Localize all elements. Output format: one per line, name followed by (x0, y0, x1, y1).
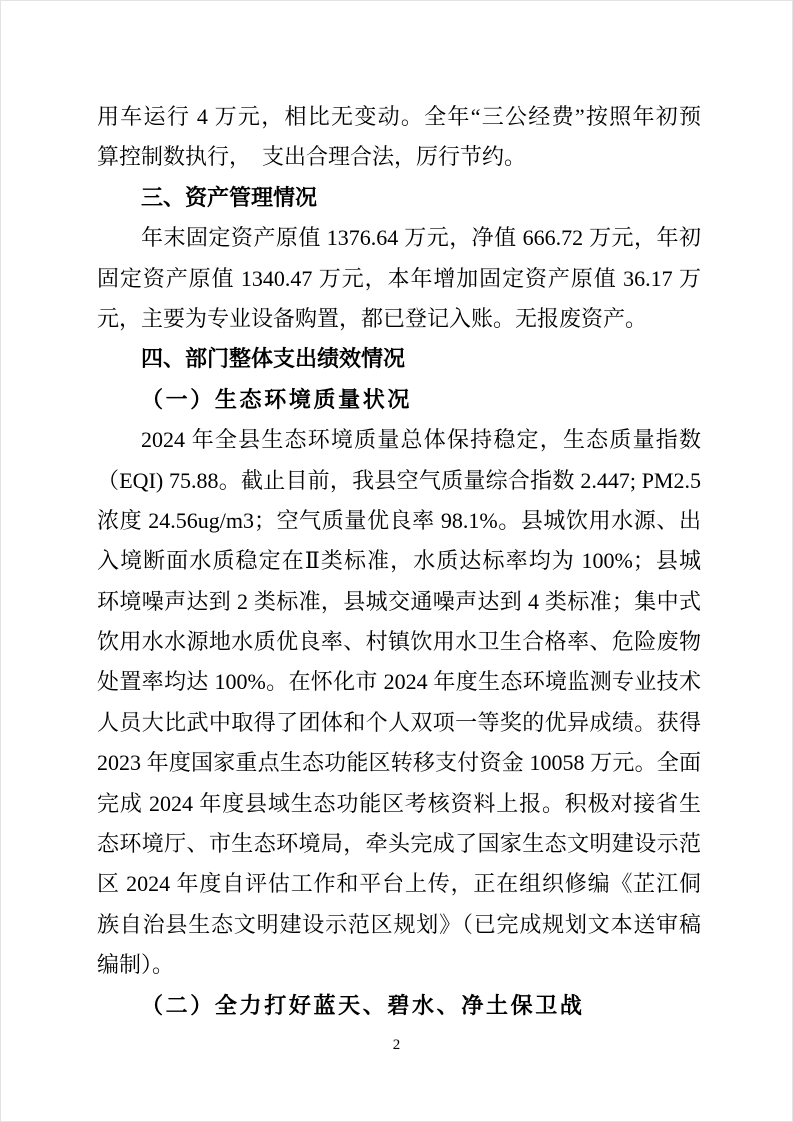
text-line: 族自治县生态文明建设示范区规划》（已完成规划文本送审稿 (97, 905, 701, 945)
heading-line: （一）生态环境质量状况 (97, 380, 701, 420)
page-number: 2 (1, 1037, 792, 1054)
heading-line: 三、资产管理情况 (97, 178, 701, 218)
text-line: 算控制数执行， 支出合理合法，厉行节约。 (97, 137, 701, 177)
text-line: 完成 2024 年度县域生态功能区考核资料上报。积极对接省生 (97, 784, 701, 824)
text-line: 编制）。 (97, 945, 701, 985)
text-line: 区 2024 年度自评估工作和平台上传，正在组织修编《芷江侗 (97, 864, 701, 904)
text-line: 处置率均达 100%。在怀化市 2024 年度生态环境监测专业技术 (97, 662, 701, 702)
text-line: 浓度 24.56ug/m3；空气质量优良率 98.1%。县城饮用水源、出 (97, 501, 701, 541)
text-line: 态环境厅、市生态环境局，牵头完成了国家生态文明建设示范 (97, 824, 701, 864)
text-line: 元，主要为专业设备购置，都已登记入账。无报废资产。 (97, 299, 701, 339)
text-line: 饮用水水源地水质优良率、村镇饮用水卫生合格率、危险废物 (97, 622, 701, 662)
text-line: 用车运行 4 万元，相比无变动。全年“三公经费”按照年初预 (97, 97, 701, 137)
text-body: 用车运行 4 万元，相比无变动。全年“三公经费”按照年初预算控制数执行， 支出合… (97, 97, 701, 1026)
text-line: 年末固定资产原值 1376.64 万元，净值 666.72 万元，年初 (97, 218, 701, 258)
text-line: 固定资产原值 1340.47 万元，本年增加固定资产原值 36.17 万 (97, 259, 701, 299)
text-line: 2024 年全县生态环境质量总体保持稳定，生态质量指数 (97, 420, 701, 460)
text-line: 2023 年度国家重点生态功能区转移支付资金 10058 万元。全面 (97, 743, 701, 783)
text-line: 入境断面水质稳定在Ⅱ类标准，水质达标率均为 100%；县城 (97, 541, 701, 581)
text-line: 人员大比武中取得了团体和个人双项一等奖的优异成绩。获得 (97, 703, 701, 743)
document-page: 用车运行 4 万元，相比无变动。全年“三公经费”按照年初预算控制数执行， 支出合… (0, 0, 793, 1122)
heading-line: （二）全力打好蓝天、碧水、净土保卫战 (97, 986, 701, 1026)
heading-line: 四、部门整体支出绩效情况 (97, 339, 701, 379)
text-line: 环境噪声达到 2 类标准，县城交通噪声达到 4 类标准；集中式 (97, 582, 701, 622)
text-line: （EQI) 75.88。截止目前，我县空气质量综合指数 2.447; PM2.5 (97, 461, 701, 501)
